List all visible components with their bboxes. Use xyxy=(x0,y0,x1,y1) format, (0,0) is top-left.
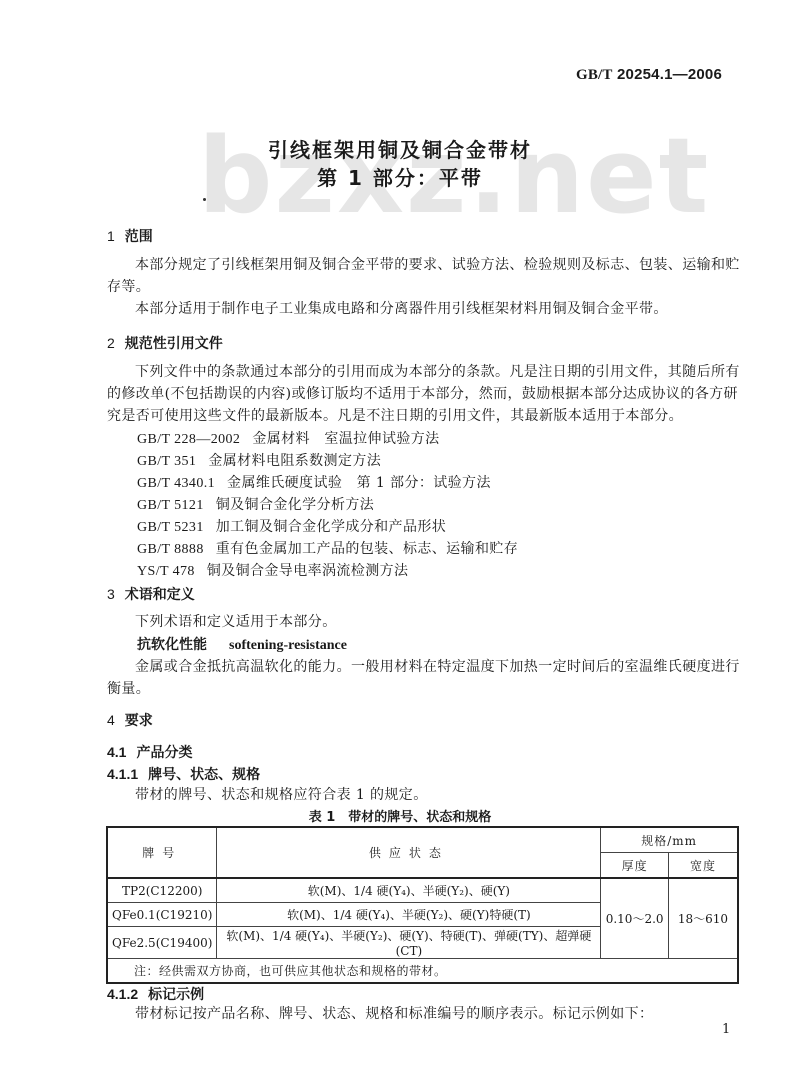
section-heading-4-1-2: 4.1.2标记示例 xyxy=(107,984,204,1004)
term-definition: 金属或合金抵抗高温软化的能力。一般用材料在特定温度下加热一定时间后的室温维氏硬度… xyxy=(107,656,747,700)
term-chinese: 抗软化性能 xyxy=(137,637,207,653)
cell-grade: TP2(C12200) xyxy=(107,878,217,903)
table-note-row: 注：经供需双方协商，也可供应其他状态和规格的带材。 xyxy=(107,959,738,984)
normative-refs-intro: 下列文件中的条款通过本部分的引用而成为本部分的条款。凡是注日期的引用文件，其随后… xyxy=(107,361,747,427)
terms-intro: 下列术语和定义适用于本部分。 xyxy=(107,611,747,633)
cell-grade: QFe2.5(C19400) xyxy=(107,927,217,959)
cell-thickness: 0.10～2.0 xyxy=(601,878,669,959)
table-caption: 表 1 带材的牌号、状态和规格 xyxy=(0,806,800,825)
scope-paragraph-2: 本部分适用于制作电子工业集成电路和分离器件用引线框架材料用铜及铜合金平带。 xyxy=(107,298,747,320)
grade-temper-spec-table: 牌号 供应状态 规格/mm 厚度 宽度 TP2(C12200) 软(M)、1/4… xyxy=(106,826,739,984)
cell-temper: 软(M)、1/4 硬(Y₄)、半硬(Y₂)、硬(Y)特硬(T) xyxy=(217,903,601,927)
table-row: TP2(C12200) 软(M)、1/4 硬(Y₄)、半硬(Y₂)、硬(Y) 0… xyxy=(107,878,738,903)
section-heading-3: 3术语和定义 xyxy=(107,584,195,604)
section-heading-2: 2规范性引用文件 xyxy=(107,333,223,353)
section-heading-4-1: 4.1产品分类 xyxy=(107,742,192,762)
standard-prefix: GB/T xyxy=(576,67,613,83)
section-heading-4: 4要求 xyxy=(107,710,153,730)
table-note: 注：经供需双方协商，也可供应其他状态和规格的带材。 xyxy=(107,959,738,984)
term-english: softening-resistance xyxy=(229,638,347,653)
reference-item: GB/T 5231加工铜及铜合金化学成分和产品形状 xyxy=(137,516,446,536)
header-grade: 牌号 xyxy=(107,827,217,878)
reference-item: GB/T 8888重有色金属加工产品的包装、标志、运输和贮存 xyxy=(137,538,518,558)
scope-paragraph-1: 本部分规定了引线框架用铜及铜合金平带的要求、试验方法、检验规则及标志、包装、运输… xyxy=(107,254,747,298)
section-heading-4-1-1: 4.1.1牌号、状态、规格 xyxy=(107,764,260,784)
marking-example-text: 带材标记按产品名称、牌号、状态、规格和标准编号的顺序表示。标记示例如下： xyxy=(107,1003,747,1025)
reference-item: YS/T 478铜及铜合金导电率涡流检测方法 xyxy=(137,560,408,580)
reference-item: GB/T 5121铜及铜合金化学分析方法 xyxy=(137,494,374,514)
cell-temper: 软(M)、1/4 硬(Y₄)、半硬(Y₂)、硬(Y) xyxy=(217,878,601,903)
standard-number: GB/T 20254.1—2006 xyxy=(576,66,722,84)
table-reference-text: 带材的牌号、状态和规格应符合表 1 的规定。 xyxy=(107,784,747,806)
header-width: 宽度 xyxy=(668,853,738,879)
header-thickness: 厚度 xyxy=(601,853,669,879)
page-number: 1 xyxy=(722,1022,730,1037)
reference-item: GB/T 228—2002金属材料 室温拉伸试验方法 xyxy=(137,428,440,448)
cell-grade: QFe0.1(C19210) xyxy=(107,903,217,927)
document-title: 引线框架用铜及铜合金带材 xyxy=(0,134,800,163)
cell-width: 18～610 xyxy=(668,878,738,959)
header-temper: 供应状态 xyxy=(217,827,601,878)
document-subtitle: 第 1 部分：平带 xyxy=(0,162,800,191)
section-heading-1: 1范围 xyxy=(107,226,153,246)
reference-item: GB/T 351金属材料电阻系数测定方法 xyxy=(137,450,381,470)
standard-code: 20254.1—2006 xyxy=(617,66,722,83)
speck xyxy=(203,198,206,201)
reference-item: GB/T 4340.1金属维氏硬度试验 第 1 部分：试验方法 xyxy=(137,472,491,492)
header-spec: 规格/mm xyxy=(601,827,738,853)
term-entry: 抗软化性能softening-resistance xyxy=(137,634,347,654)
cell-temper: 软(M)、1/4 硬(Y₄)、半硬(Y₂)、硬(Y)、特硬(T)、弹硬(TY)、… xyxy=(217,927,601,959)
